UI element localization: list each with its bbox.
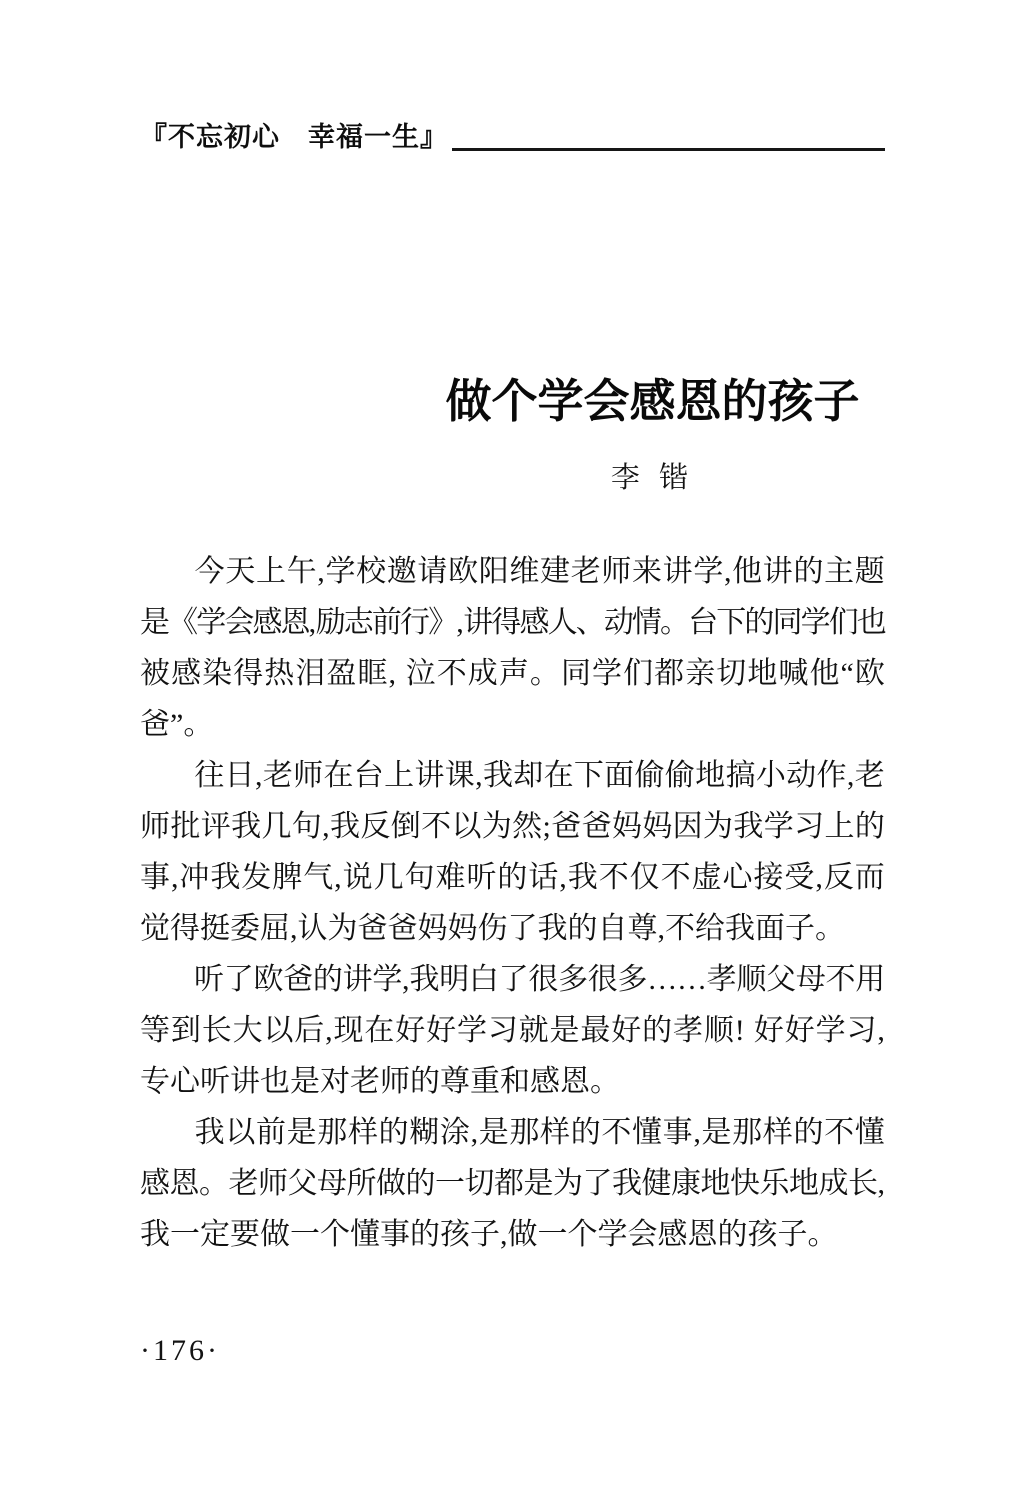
book-page: 『不忘初心 幸福一生』 做个学会感恩的孩子 李 锴 今天上午,学校邀请欧阳维建老…	[0, 0, 1024, 1497]
paragraph-indent	[140, 546, 194, 597]
text-line: 爸”。	[140, 699, 885, 750]
header-rule	[452, 148, 885, 151]
article-body: 今天上午,学校邀请欧阳维建老师来讲学,他讲的主题是《学会感恩,励志前行》,讲得感…	[140, 546, 885, 1260]
paragraph-indent	[140, 954, 194, 1005]
text-line: 我一定要做一个懂事的孩子,做一个学会感恩的孩子。	[140, 1209, 885, 1260]
page-number: ·176·	[140, 1334, 220, 1368]
text-line: 感恩。老师父母所做的一切都是为了我健康地快乐地成长,	[140, 1158, 885, 1209]
series-title: 『不忘初心 幸福一生』	[140, 121, 448, 155]
text-line: 被感染得热泪盈眶, 泣不成声。同学们都亲切地喊他“欧	[140, 648, 885, 699]
text-line: 师批评我几句,我反倒不以为然;爸爸妈妈因为我学习上的	[140, 801, 885, 852]
running-header: 『不忘初心 幸福一生』	[140, 121, 885, 155]
paragraph-indent	[140, 750, 194, 801]
text-line: 事,冲我发脾气,说几句难听的话,我不仅不虚心接受,反而	[140, 852, 885, 903]
chapter-title-block: 做个学会感恩的孩子	[140, 377, 885, 428]
text-line: 今天上午,学校邀请欧阳维建老师来讲学,他讲的主题	[140, 546, 885, 597]
text-line: 往日,老师在台上讲课,我却在下面偷偷地搞小动作,老	[140, 750, 885, 801]
text-line: 我以前是那样的糊涂,是那样的不懂事,是那样的不懂	[140, 1107, 885, 1158]
text-line: 觉得挺委屈,认为爸爸妈妈伤了我的自尊,不给我面子。	[140, 903, 885, 954]
text-line: 专心听讲也是对老师的尊重和感恩。	[140, 1056, 885, 1107]
paragraph-indent	[140, 1107, 194, 1158]
chapter-title: 做个学会感恩的孩子	[446, 376, 860, 427]
text-line: 等到长大以后,现在好好学习就是最好的孝顺! 好好学习,	[140, 1005, 885, 1056]
author-name: 李 锴	[611, 462, 694, 494]
author-block: 李 锴	[140, 455, 885, 496]
text-line: 听了欧爸的讲学,我明白了很多很多……孝顺父母不用	[140, 954, 885, 1005]
text-line: 是《学会感恩,励志前行》,讲得感人、动情。台下的同学们也	[140, 597, 885, 648]
